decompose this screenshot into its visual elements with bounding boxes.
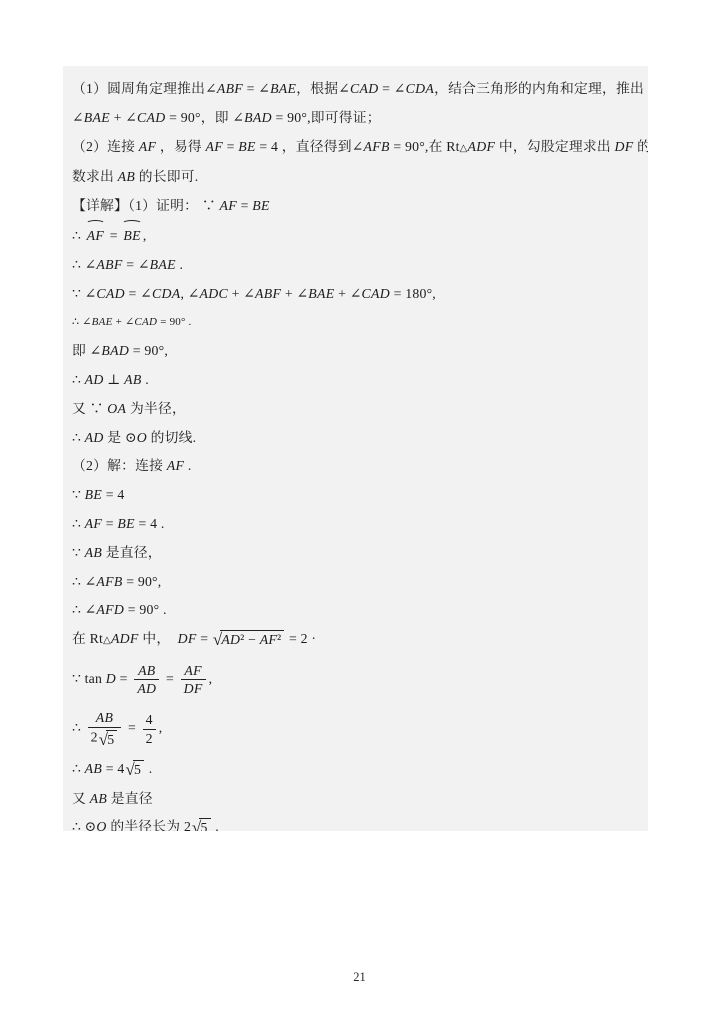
math-run: = <box>162 671 177 686</box>
solution-line: ∴ ∠ABF = ∠BAE . <box>72 251 639 280</box>
math-run: , <box>209 671 213 686</box>
text-run: 的半径长为 <box>110 819 180 831</box>
math-roman-run: Rt <box>86 631 103 646</box>
page-number: 21 <box>0 970 719 985</box>
math-run: ∵ BE = 4 <box>72 487 125 502</box>
math-run: ∠CAD = ∠CDA <box>338 81 434 96</box>
text-run: 在 <box>429 139 443 154</box>
text-run: ，根据 <box>296 81 338 96</box>
text-run: 即 <box>72 343 86 358</box>
radical-sign: √ <box>192 814 201 831</box>
text-run: 数求出 <box>72 169 114 184</box>
solution-line: ∴ AD ⊥ AB . <box>72 366 639 395</box>
math-run: ∴ ∠ABF = ∠BAE . <box>72 257 183 272</box>
fraction: 42 <box>143 711 156 746</box>
numerator: 4 <box>143 711 156 729</box>
text-run: ，直径得到 <box>282 139 352 154</box>
text-run: 是直径， <box>106 545 162 560</box>
arc-notation: BE <box>121 221 142 251</box>
math-run: ∴ <box>72 228 85 243</box>
solution-line: ∠BAE + ∠CAD = 90°，即 ∠BAD = 90°,即可得证； <box>72 104 639 133</box>
solution-line: ∴ AB2√5 = 42, <box>72 703 639 754</box>
radical-sign: √ <box>126 756 135 785</box>
math-run: ∴ ∠BAE + ∠CAD = 90° . <box>72 316 191 328</box>
math-roman-run: tan <box>85 671 102 686</box>
solution-line: 又 AB 是直径 <box>72 785 639 814</box>
solution-line: ∵ AB 是直径， <box>72 539 639 568</box>
math-run: = <box>124 720 139 735</box>
text-run: 又 <box>72 401 86 416</box>
math-run: ∴ <box>72 720 85 735</box>
denominator: 2 <box>143 730 156 747</box>
math-run: DF = <box>178 631 212 646</box>
sqrt-expression: √5 <box>126 755 145 785</box>
solution-line: （1）圆周角定理推出∠ABF = ∠BAE，根据∠CAD = ∠CDA，结合三角… <box>72 75 639 104</box>
text-run: ,即可得证； <box>307 110 381 125</box>
arc-notation: AF <box>85 221 106 251</box>
text-run: . <box>212 819 219 831</box>
text-run: 为半径， <box>130 401 186 416</box>
solution-line: ∵ ∠CAD = ∠CDA, ∠ADC + ∠ABF + ∠BAE + ∠CAD… <box>72 280 639 309</box>
text-run: 是 <box>107 430 121 445</box>
math-run: ADF <box>111 631 139 646</box>
triangle-symbol: △ <box>103 635 111 646</box>
math-run: AB <box>114 169 139 184</box>
math-run: ∴ ∠AFD = 90° . <box>72 602 167 617</box>
denominator: DF <box>181 680 206 697</box>
text-run: 的长即可. <box>139 169 199 184</box>
math-run: 2 <box>146 731 153 746</box>
math-run: AF <box>135 139 160 154</box>
math-run: 2 <box>180 819 191 831</box>
math-run: DF <box>184 681 203 696</box>
numerator: AB <box>88 709 122 727</box>
solution-line: ∵ BE = 4 <box>72 481 639 510</box>
math-run: = <box>106 228 121 243</box>
math-run: ∴ AD <box>72 430 107 445</box>
fraction: AB2√5 <box>88 709 122 748</box>
solution-line: ∴ AF = BE, <box>72 221 639 251</box>
math-run: ∠AFB = 90°, <box>352 139 429 154</box>
math-run: ∵ AF = BE <box>202 198 270 213</box>
math-run: AB <box>86 791 111 806</box>
math-run: ADF <box>468 139 496 154</box>
math-run: DF <box>611 139 637 154</box>
solution-line: ∴ ∠AFB = 90°, <box>72 568 639 597</box>
text-run: 在 <box>72 631 86 646</box>
solution-line: ∴ ∠AFD = 90° . <box>72 596 639 625</box>
text-run: 中， <box>139 631 178 646</box>
fraction: AFDF <box>181 662 206 697</box>
numerator: AF <box>181 662 206 680</box>
text-run: 是直径 <box>111 791 153 806</box>
solution-line: ∴ AD 是 ⊙O 的切线. <box>72 424 639 453</box>
solution-content: （1）圆周角定理推出∠ABF = ∠BAE，根据∠CAD = ∠CDA，结合三角… <box>72 75 639 831</box>
text-run: 中，勾股定理求出 <box>495 139 611 154</box>
math-run: ∴ AB = 4 <box>72 761 125 776</box>
sqrt-expression: √AD² − AF² <box>213 625 284 655</box>
math-run: AD <box>137 681 156 696</box>
math-roman-run: Rt <box>443 139 460 154</box>
radical-sign: √ <box>213 626 222 655</box>
text-run: ，结合三角形的内角和定理，推出 <box>434 81 644 96</box>
sqrt-expression: √5 <box>192 813 211 831</box>
solution-panel: （1）圆周角定理推出∠ABF = ∠BAE，根据∠CAD = ∠CDA，结合三角… <box>63 66 648 831</box>
denominator: AD <box>134 680 159 697</box>
document-page: （1）圆周角定理推出∠ABF = ∠BAE，根据∠CAD = ∠CDA，结合三角… <box>0 0 719 1017</box>
math-run: ∠BAD = 90°, <box>86 343 168 358</box>
solution-line: 【详解】（1）证明： ∵ AF = BE <box>72 192 639 221</box>
math-run: ∴ AD ⊥ AB . <box>72 372 149 387</box>
sqrt-expression: √5 <box>99 728 118 749</box>
radicand: AD² − AF² <box>220 630 284 648</box>
math-run: ∵ <box>72 671 85 686</box>
solution-line: ∴ AF = BE = 4 . <box>72 510 639 539</box>
math-run: ∠BAE + ∠CAD = 90° <box>72 110 201 125</box>
math-run: ∴ ⊙O <box>72 819 110 831</box>
math-run: ⊙O <box>121 430 150 445</box>
math-run: ∵ ∠CAD = ∠CDA, ∠ADC + ∠ABF + ∠BAE + ∠CAD… <box>72 286 436 301</box>
text-run: （1）圆周角定理推出 <box>72 81 205 96</box>
solution-line: 又 ∵ OA 为半径， <box>72 395 639 424</box>
math-run: , <box>159 720 163 735</box>
solution-line: 在 Rt△ADF 中， DF = √AD² − AF² = 2 · <box>72 625 639 656</box>
numerator: AB <box>134 662 159 680</box>
math-run: AF = BE = 4 <box>202 139 282 154</box>
math-run: ∠BAD = 90° <box>229 110 307 125</box>
math-run: 4 <box>146 712 153 727</box>
math-run: AF <box>184 663 201 678</box>
triangle-symbol: △ <box>460 143 468 154</box>
text-run: 的切线. <box>151 430 197 445</box>
text-run: . <box>188 458 192 473</box>
radical-sign: √ <box>99 729 108 750</box>
solution-line: ∴ AB = 4√5 . <box>72 755 639 785</box>
math-run: ∴ ∠AFB = 90°, <box>72 574 161 589</box>
math-run: , <box>143 228 147 243</box>
text-run: （2）解：连接 <box>72 458 163 473</box>
math-run: AB <box>138 663 155 678</box>
solution-line: （2）解：连接 AF . <box>72 452 639 481</box>
math-run: ∵ OA <box>86 401 130 416</box>
math-run: . <box>145 761 152 776</box>
denominator: 2√5 <box>88 728 122 749</box>
math-run: ∵ AB <box>72 545 106 560</box>
math-run: = 2 · <box>285 631 316 646</box>
solution-line: ∴ ⊙O 的半径长为 2√5 . <box>72 813 639 831</box>
text-run: ，易得 <box>160 139 202 154</box>
math-run: AB <box>96 710 113 725</box>
text-run: 的长，三角函 <box>637 139 648 154</box>
text-run: 又 <box>72 791 86 806</box>
solution-line: 即 ∠BAD = 90°, <box>72 337 639 366</box>
math-run: ∠ABF = ∠BAE <box>205 81 296 96</box>
text-run: （2）连接 <box>72 139 135 154</box>
text-run: 【详解】（1）证明： <box>72 198 202 213</box>
math-run: ∴ AF = BE = 4 . <box>72 516 165 531</box>
solution-line: ∵ tan D = ABAD = AFDF, <box>72 656 639 703</box>
solution-line: ∴ ∠BAE + ∠CAD = 90° . <box>72 308 639 337</box>
solution-line: 数求出 AB 的长即可. <box>72 163 639 192</box>
math-run: 2 <box>91 729 98 744</box>
text-run: ，即 <box>201 110 229 125</box>
solution-line: （2）连接 AF ，易得 AF = BE = 4 ，直径得到∠AFB = 90°… <box>72 133 639 164</box>
math-run: D = <box>102 671 131 686</box>
fraction: ABAD <box>134 662 159 697</box>
math-run: AF <box>163 458 188 473</box>
